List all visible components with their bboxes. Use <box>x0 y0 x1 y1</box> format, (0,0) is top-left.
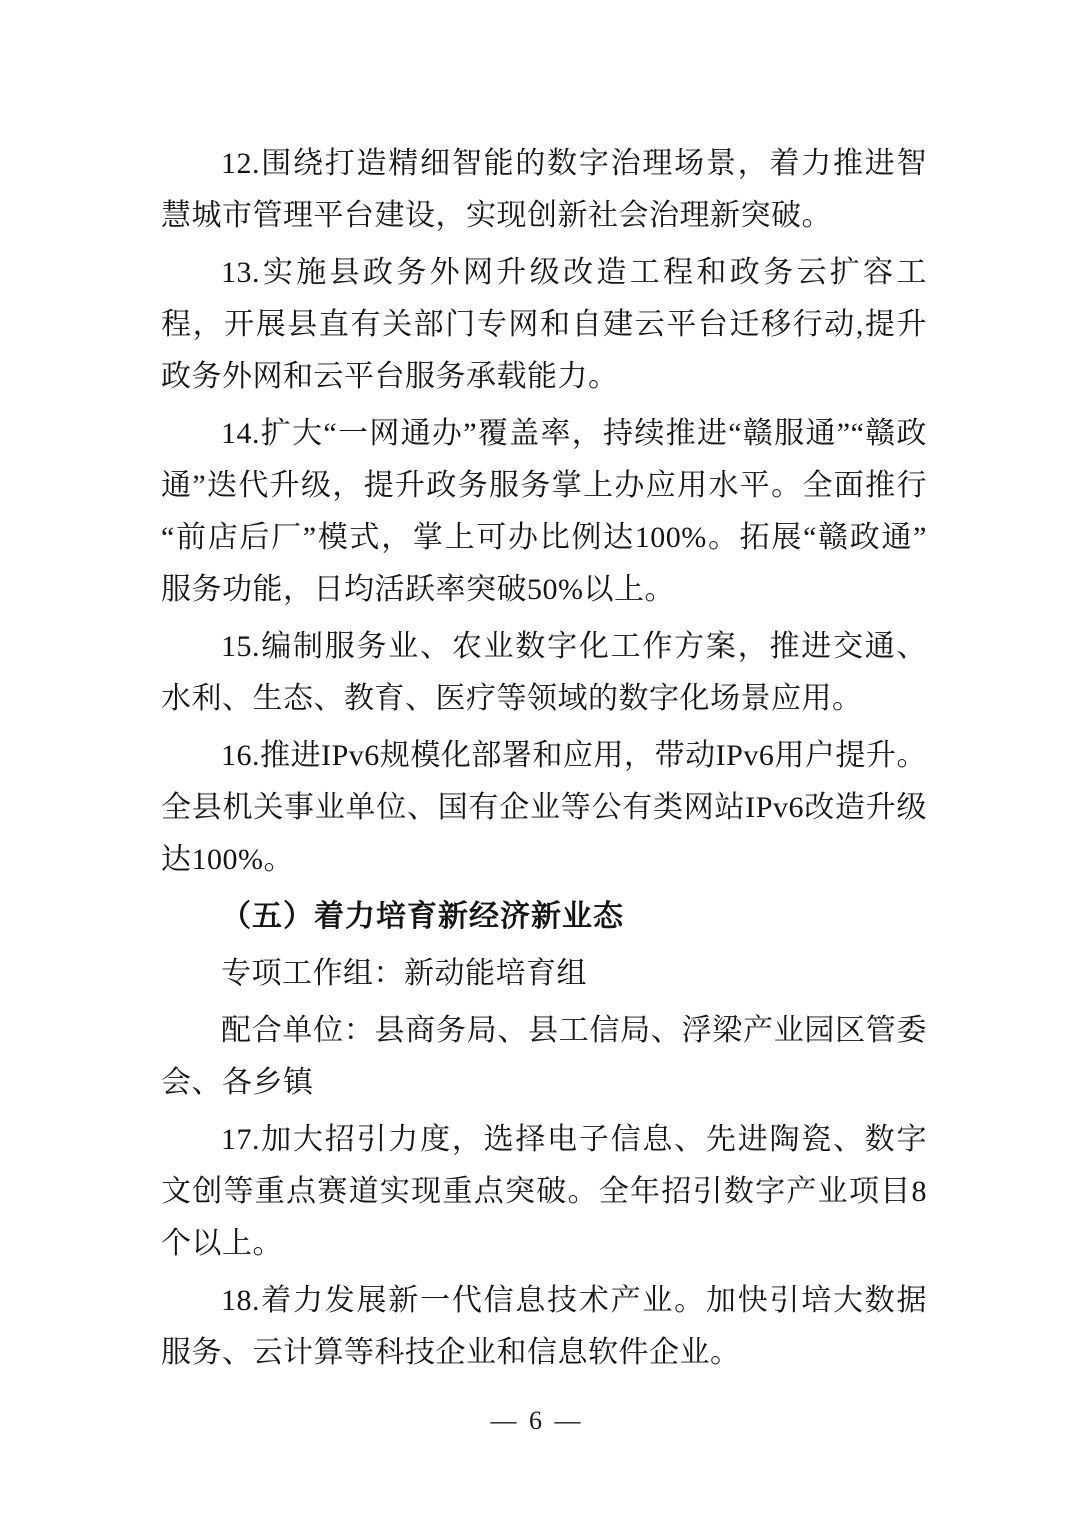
document-page: 12.围绕打造精细智能的数字治理场景，着力推进智慧城市管理平台建设，实现创新社会… <box>0 0 1074 1520</box>
paragraph-special-workgroup: 专项工作组：新动能培育组 <box>161 948 927 1000</box>
paragraph-item-12: 12.围绕打造精细智能的数字治理场景，着力推进智慧城市管理平台建设，实现创新社会… <box>161 138 927 242</box>
paragraph-item-14: 14.扩大“一网通办”覆盖率，持续推进“赣服通”“赣政通”迭代升级，提升政务服务… <box>161 408 927 616</box>
paragraph-item-15: 15.编制服务业、农业数字化工作方案，推进交通、水利、生态、教育、医疗等领域的数… <box>161 621 927 725</box>
paragraph-item-18: 18.着力发展新一代信息技术产业。加快引培大数据服务、云计算等科技企业和信息软件… <box>161 1275 927 1379</box>
document-body: 12.围绕打造精细智能的数字治理场景，着力推进智慧城市管理平台建设，实现创新社会… <box>161 138 927 1384</box>
page-footer: — 6 — <box>0 1406 1074 1436</box>
paragraph-item-17: 17.加大招引力度，选择电子信息、先进陶瓷、数字文创等重点赛道实现重点突破。全年… <box>161 1114 927 1270</box>
paragraph-item-16: 16.推进IPv6规模化部署和应用，带动IPv6用户提升。全县机关事业单位、国有… <box>161 730 927 886</box>
paragraph-item-13: 13.实施县政务外网升级改造工程和政务云扩容工程，开展县直有关部门专网和自建云平… <box>161 247 927 403</box>
paragraph-cooperating-units: 配合单位：县商务局、县工信局、浮梁产业园区管委会、各乡镇 <box>161 1005 927 1109</box>
section-heading-5: （五）着力培育新经济新业态 <box>161 891 927 943</box>
page-number: — 6 — <box>491 1406 584 1435</box>
